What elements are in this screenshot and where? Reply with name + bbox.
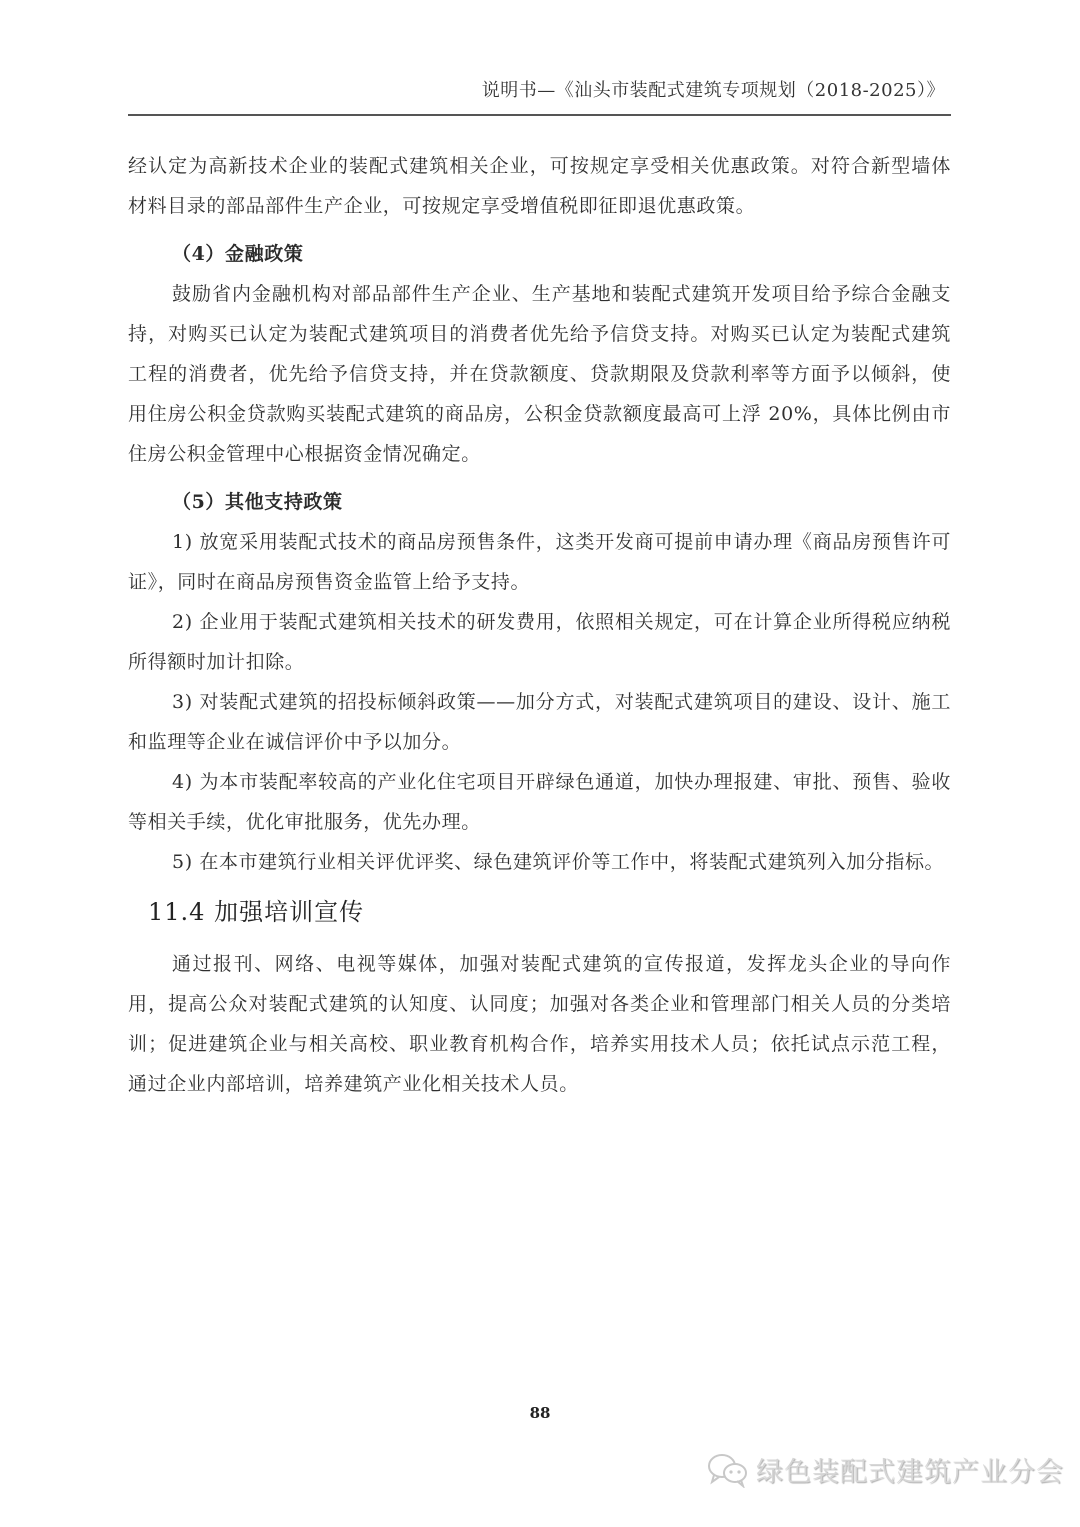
intro-paragraph: 经认定为高新技术企业的装配式建筑相关企业，可按规定享受相关优惠政策。对符合新型墙…: [128, 146, 951, 226]
watermark-text: 绿色装配式建筑产业分会: [756, 1450, 1064, 1489]
support-item-4: 4) 为本市装配率较高的产业化住宅项目开辟绿色通道，加快办理报建、审批、预售、验…: [128, 762, 951, 842]
other-support-heading: （5）其他支持政策: [128, 482, 951, 522]
page-header: 说明书—《汕头市装配式建筑专项规划（2018-2025）》: [128, 70, 951, 116]
section-11-4-paragraph: 通过报刊、网络、电视等媒体，加强对装配式建筑的宣传报道，发挥龙头企业的导向作用，…: [128, 944, 951, 1104]
support-item-3: 3) 对装配式建筑的招投标倾斜政策——加分方式，对装配式建筑项目的建设、设计、施…: [128, 682, 951, 762]
finance-policy-heading: （4）金融政策: [128, 234, 951, 274]
support-item-2: 2) 企业用于装配式建筑相关技术的研发费用，依照相关规定，可在计算企业所得税应纳…: [128, 602, 951, 682]
document-body: 经认定为高新技术企业的装配式建筑相关企业，可按规定享受相关优惠政策。对符合新型墙…: [128, 146, 951, 1104]
support-item-5: 5) 在本市建筑行业相关评优评奖、绿色建筑评价等工作中，将装配式建筑列入加分指标…: [128, 842, 951, 882]
support-item-1: 1) 放宽采用装配式技术的商品房预售条件，这类开发商可提前申请办理《商品房预售许…: [128, 522, 951, 602]
wechat-icon: [706, 1452, 750, 1488]
document-title: 说明书—《汕头市装配式建筑专项规划（2018-2025）》: [482, 76, 945, 102]
header-divider: [128, 114, 951, 116]
finance-policy-paragraph: 鼓励省内金融机构对部品部件生产企业、生产基地和装配式建筑开发项目给予综合金融支持…: [128, 274, 951, 474]
section-11-4-heading: 11.4 加强培训宣传: [148, 892, 951, 932]
watermark: 绿色装配式建筑产业分会: [706, 1450, 1064, 1489]
page-number: 88: [0, 1404, 1080, 1422]
